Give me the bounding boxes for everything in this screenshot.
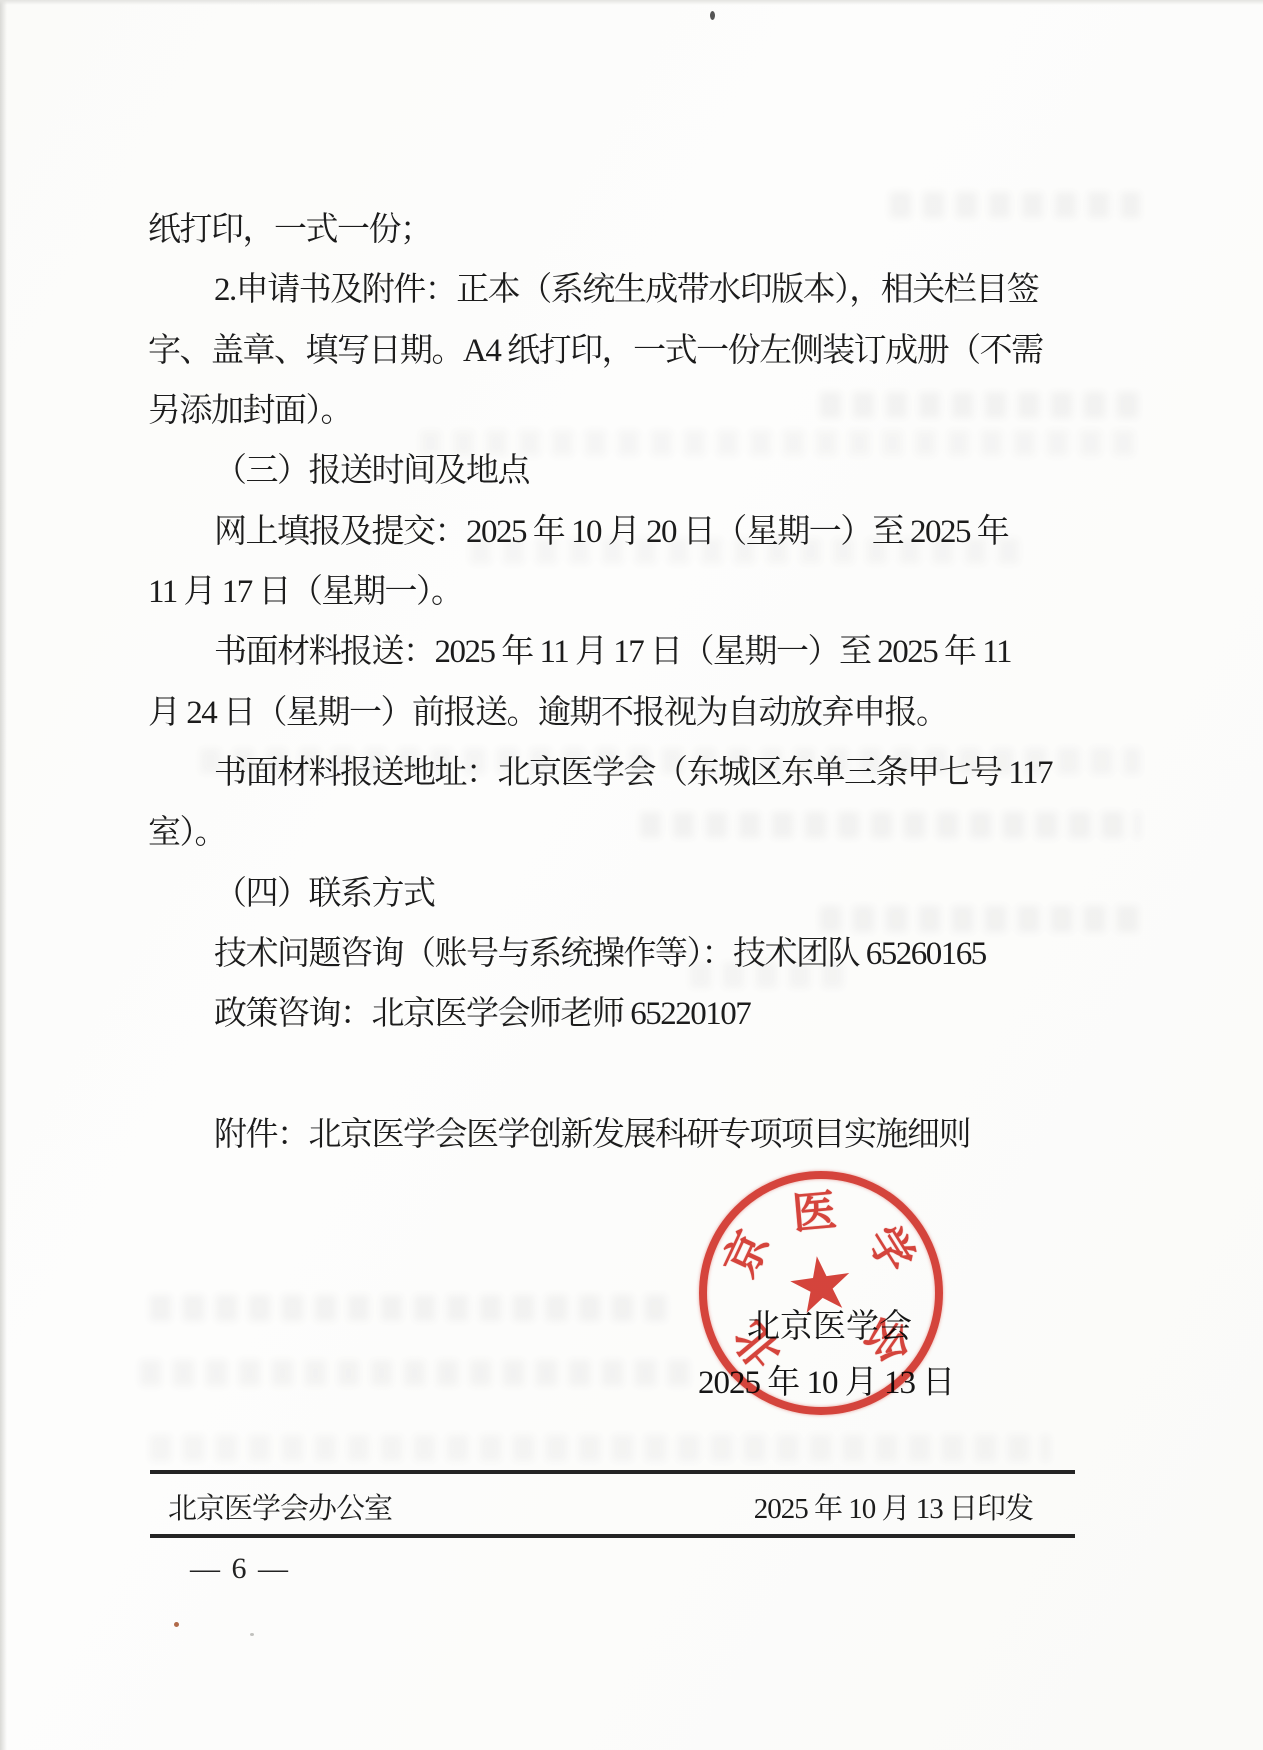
section-heading: （三）报送时间及地点 (214, 451, 1214, 491)
attachment-line: 附件：北京医学会医学创新发展科研专项项目实施细则 (214, 1115, 1214, 1155)
body-line: 11 月 17 日（星期一）。 (148, 572, 1148, 612)
body-line: 技术问题咨询（账号与系统操作等）：技术团队 65260165 (214, 934, 1214, 974)
scan-speck (174, 1622, 179, 1627)
scanned-document-page: 纸打印，一式一份； 2.申请书及附件：正本（系统生成带水印版本），相关栏目签 字… (0, 0, 1263, 1750)
bleedthrough-artifact (150, 1435, 1050, 1461)
footer-rule-top (150, 1470, 1075, 1474)
scan-speck (250, 1633, 254, 1636)
official-seal: 北 京 医 学 会 (699, 1171, 943, 1415)
bleedthrough-artifact (140, 1360, 700, 1386)
scan-edge-shadow-top (0, 0, 1263, 5)
body-line: 纸打印，一式一份； (148, 210, 1148, 250)
body-line: 另添加封面）。 (148, 391, 1148, 431)
body-line: 书面材料报送：2025 年 11 月 17 日（星期一）至 2025 年 11 (214, 632, 1214, 672)
body-line: 室）。 (148, 813, 1148, 853)
scan-speck (710, 11, 715, 20)
body-line: 网上填报及提交：2025 年 10 月 20 日（星期一）至 2025 年 (214, 512, 1214, 552)
page-number: — 6 — (190, 1552, 290, 1586)
footer-print-date: 2025 年 10 月 13 日印发 (754, 1486, 1033, 1527)
body-line: 2.申请书及附件：正本（系统生成带水印版本），相关栏目签 (214, 270, 1214, 310)
footer-rule-bottom (150, 1534, 1075, 1538)
bleedthrough-artifact (150, 1295, 670, 1321)
seal-char: 医 (789, 1174, 838, 1242)
body-line: 字、盖章、填写日期。A4 纸打印，一式一份左侧装订成册（不需 (148, 331, 1148, 371)
scan-edge-shadow-left (0, 0, 7, 1750)
footer-issuer: 北京医学会办公室 (168, 1486, 392, 1527)
body-line: 书面材料报送地址：北京医学会（东城区东单三条甲七号 117 (214, 753, 1214, 793)
body-line: 政策咨询：北京医学会师老师 65220107 (214, 994, 1214, 1034)
section-heading: （四）联系方式 (214, 874, 1214, 914)
body-line: 月 24 日（星期一）前报送。逾期不报视为自动放弃申报。 (148, 693, 1148, 733)
